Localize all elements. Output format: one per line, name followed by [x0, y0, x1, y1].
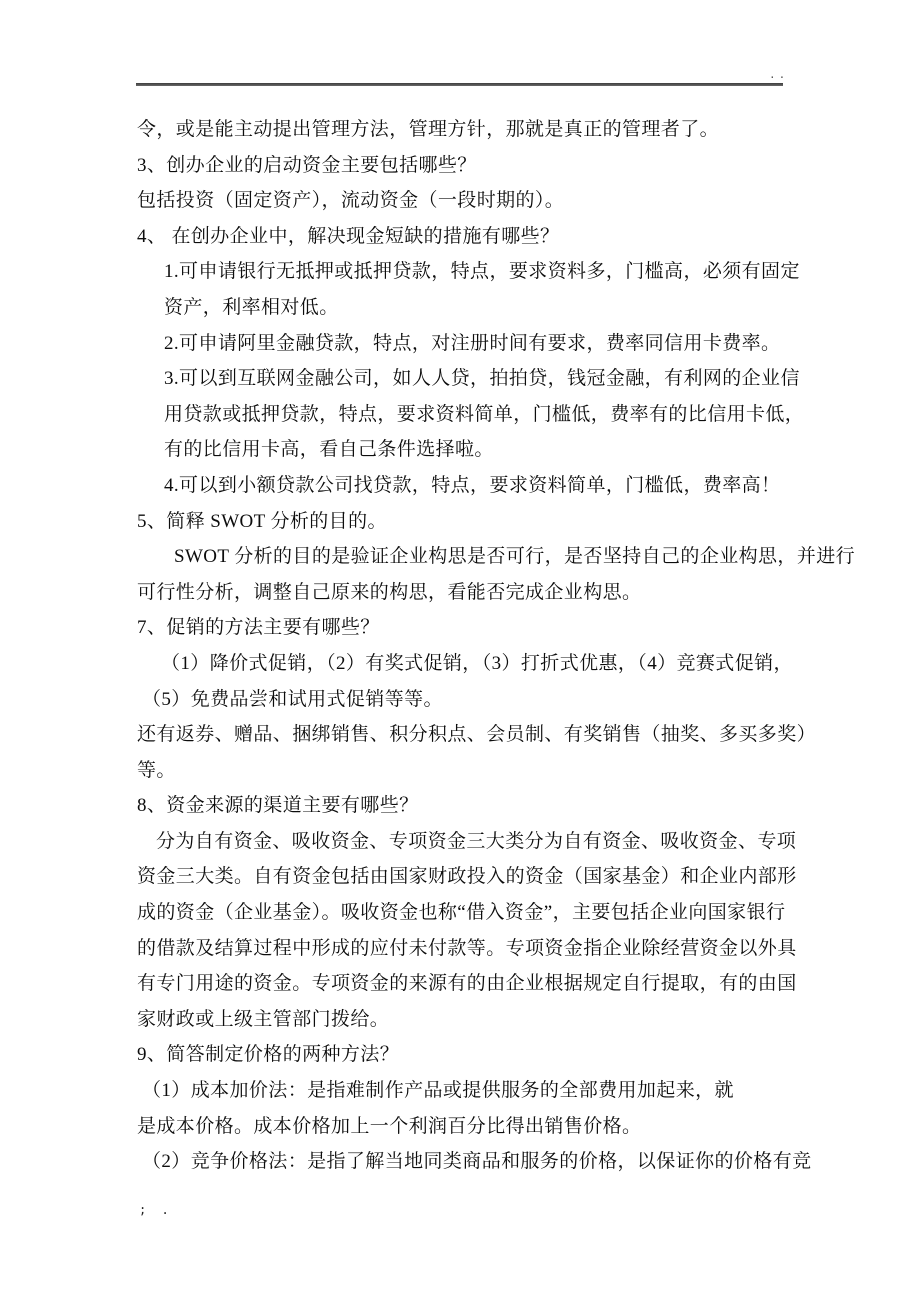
text-line: 还有返券、赠品、捆绑销售、积分积点、会员制、有奖销售（抽奖、多买多奖）	[137, 717, 807, 753]
text-line: 的借款及结算过程中形成的应付未付款等。专项资金指企业除经营资金以外具	[137, 931, 807, 967]
text-line: 分为自有资金、吸收资金、专项资金三大类分为自有资金、吸收资金、专项	[137, 824, 807, 860]
text-line: 成的资金（企业基金）。吸收资金也称“借入资金”，主要包括企业向国家银行	[137, 895, 807, 931]
text-line: 8、资金来源的渠道主要有哪些？	[137, 788, 807, 824]
text-line: 2.可申请阿里金融贷款，特点，对注册时间有要求，费率同信用卡费率。	[137, 326, 807, 362]
text-line: 用贷款或抵押贷款，特点，要求资料简单，门槛低，费率有的比信用卡低，	[137, 397, 807, 433]
text-line: （1）成本加价法：是指难制作产品或提供服务的全部费用加起来，就	[137, 1073, 807, 1109]
footer-mark: ; .	[139, 1203, 173, 1217]
text-line: 9、简答制定价格的两种方法？	[137, 1037, 807, 1073]
text-line: 资金三大类。自有资金包括由国家财政投入的资金（国家基金）和企业内部形	[137, 859, 807, 895]
document-page: .. 令，或是能主动提出管理方法，管理方针，那就是真正的管理者了。3、创办企业的…	[0, 0, 920, 1302]
text-line: 包括投资（固定资产），流动资金（一段时期的）。	[137, 183, 807, 219]
text-line: 是成本价格。成本价格加上一个利润百分比得出销售价格。	[137, 1109, 807, 1145]
text-line: 4.可以到小额贷款公司找贷款，特点，要求资料简单，门槛低，费率高！	[137, 468, 807, 504]
text-line: 令，或是能主动提出管理方法，管理方针，那就是真正的管理者了。	[137, 112, 807, 148]
text-line: 资产，利率相对低。	[137, 290, 807, 326]
text-line: 可行性分析，调整自己原来的构思，看能否完成企业构思。	[137, 575, 807, 611]
text-line: 家财政或上级主管部门拨给。	[137, 1002, 807, 1038]
text-line: 有的比信用卡高，看自己条件选择啦。	[137, 432, 807, 468]
document-body: 令，或是能主动提出管理方法，管理方针，那就是真正的管理者了。3、创办企业的启动资…	[137, 112, 807, 1180]
text-line: （5）免费品尝和试用式促销等等。	[137, 682, 807, 718]
header-corner-dots: ..	[769, 68, 788, 81]
text-line: 1.可申请银行无抵押或抵押贷款，特点，要求资料多，门槛高，必须有固定	[137, 254, 807, 290]
text-line: 4、 在创办企业中，解决现金短缺的措施有哪些？	[137, 219, 807, 255]
text-line: （2）竞争价格法：是指了解当地同类商品和服务的价格，以保证你的价格有竞	[137, 1144, 807, 1180]
text-line: 3、创办企业的启动资金主要包括哪些？	[137, 148, 807, 184]
text-line: 7、促销的方法主要有哪些？	[137, 610, 807, 646]
text-line: 有专门用途的资金。专项资金的来源有的由企业根据规定自行提取，有的由国	[137, 966, 807, 1002]
text-line: SWOT 分析的目的是验证企业构思是否可行，是否坚持自己的企业构思，并进行	[137, 539, 807, 575]
header-rule	[136, 83, 783, 86]
text-line: 5、简释 SWOT 分析的目的。	[137, 504, 807, 540]
text-line: 等。	[137, 753, 807, 789]
text-line: 3.可以到互联网金融公司，如人人贷，拍拍贷，钱冠金融，有利网的企业信	[137, 361, 807, 397]
text-line: （1）降价式促销，（2）有奖式促销，（3）打折式优惠，（4）竞赛式促销，	[137, 646, 807, 682]
